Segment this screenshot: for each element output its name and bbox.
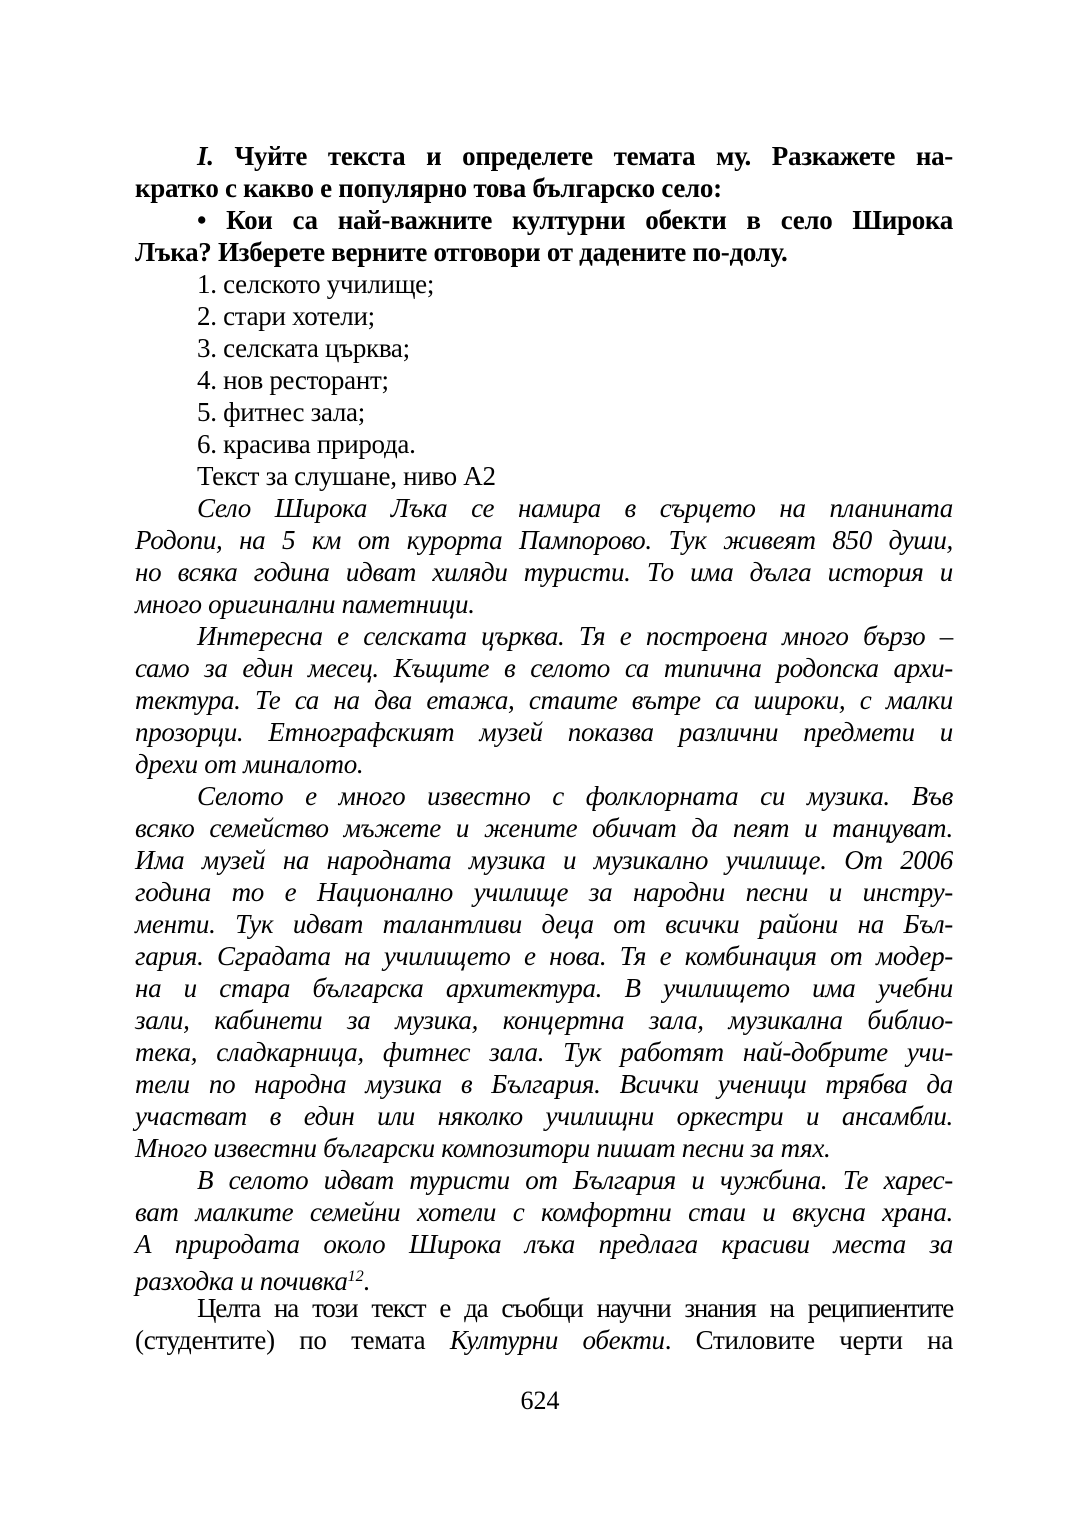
text-line: 1. селското училище; [135,268,953,300]
text-segment: участват в един или няколко училищни орк… [135,1101,953,1131]
paragraph-bullet-question: • Кои са най-важните културни обекти в с… [135,204,953,268]
text-line: 6. красива природа. [135,428,953,460]
text-segment: 3. селската църква; [197,333,410,363]
text-segment: прозорци. Етнографският музей показва ра… [135,717,953,747]
text-segment: 2. стари хотели; [197,301,375,331]
text-line: I. Чуйте текста и определете темата му. … [135,140,953,172]
text-segment: гария. Сградата на училището е нова. Тя … [135,941,953,971]
text-segment: тели по народна музика в България. Всичк… [135,1069,953,1099]
text-line: 5. фитнес зала; [135,396,953,428]
paragraph-answer-options: 1. селското училище;2. стари хотели;3. с… [135,268,953,492]
text-segment: Селото е много известно с фолклорната си… [197,781,953,811]
book-page: I. Чуйте текста и определете темата му. … [0,0,1080,1530]
text-line: всяко семейство мъжете и жените обичат д… [135,812,953,844]
paragraph-task-heading: I. Чуйте текста и определете темата му. … [135,140,953,204]
text-segment: 4. нов ресторант; [197,365,389,395]
text-line: година то е Национално училище за народн… [135,876,953,908]
text-segment: Има музей на народната музика и музикалн… [135,845,953,875]
text-segment: тека, сладкарница, фитнес зала. Тук рабо… [135,1037,953,1067]
text-segment: кратко с какво е популярно това българск… [135,173,722,203]
text-segment: дрехи от миналото. [135,749,363,779]
text-line: тека, сладкарница, фитнес зала. Тук рабо… [135,1036,953,1068]
text-segment: всяко семейство мъжете и жените обичат д… [135,813,953,843]
text-line: разходка и почивка12. [135,1260,953,1292]
text-segment: Чуйте текста и определете темата му. Раз… [214,141,953,171]
text-segment: Родопи, на 5 км от курорта Пампорово. Ту… [135,525,953,555]
text-segment: тектура. Те са на два етажа, стаите вътр… [135,685,953,715]
text-line: Родопи, на 5 км от курорта Пампорово. Ту… [135,524,953,556]
text-segment: зали, кабинети за музика, концертна зала… [135,1005,953,1035]
text-line: участват в един или няколко училищни орк… [135,1100,953,1132]
page-number: 624 [0,1386,1080,1416]
paragraph-listening-text: В селото идват туристи от България и чуж… [135,1164,953,1292]
text-line: • Кои са най-важните културни обекти в с… [135,204,953,236]
text-segment: Много известни български композитори пиш… [135,1133,830,1163]
text-segment: (студентите) по темата [135,1325,450,1355]
text-line: кратко с какво е популярно това българск… [135,172,953,204]
text-segment: Целта на този текст е да съобщи научни з… [197,1293,953,1323]
text-segment: Село Широка Лъка се намира в сърцето на … [197,493,953,523]
text-segment: менти. Тук идват талантливи деца от всич… [135,909,953,939]
text-line: 3. селската църква; [135,332,953,364]
text-line: зали, кабинети за музика, концертна зала… [135,1004,953,1036]
text-segment: . Стиловите черти на [665,1325,953,1355]
text-line: Много известни български композитори пиш… [135,1132,953,1164]
text-line: Целта на този текст е да съобщи научни з… [135,1292,953,1324]
text-segment: на и стара българска архитектура. В учил… [135,973,953,1003]
text-line: А природата около Широка лъка предлага к… [135,1228,953,1260]
text-line: тектура. Те са на два етажа, стаите вътр… [135,684,953,716]
text-block: I. Чуйте текста и определете темата му. … [135,140,953,1356]
text-segment: 5. фитнес зала; [197,397,365,427]
text-line: тели по народна музика в България. Всичк… [135,1068,953,1100]
text-segment: Лъка? Изберете верните отговори от даден… [135,237,787,267]
text-segment: много оригинални паметници. [135,589,475,619]
text-line: (студентите) по темата Културни обекти. … [135,1324,953,1356]
paragraph-listening-text: Селото е много известно с фолклорната си… [135,780,953,1164]
text-segment: 1. селското училище; [197,269,434,299]
text-line: Село Широка Лъка се намира в сърцето на … [135,492,953,524]
text-segment: 6. красива природа. [197,429,416,459]
text-line: Има музей на народната музика и музикалн… [135,844,953,876]
text-line: гария. Сградата на училището е нова. Тя … [135,940,953,972]
text-segment: • Кои са най-важните културни обекти в с… [197,205,953,235]
text-segment: само за един месец. Къщите в селото са т… [135,653,953,683]
text-segment: но всяка година идват хиляди туристи. То… [135,557,953,587]
text-line: само за един месец. Къщите в селото са т… [135,652,953,684]
text-segment: I. [197,141,214,171]
text-line: Селото е много известно с фолклорната си… [135,780,953,812]
text-line: 2. стари хотели; [135,300,953,332]
text-line: Лъка? Изберете верните отговори от даден… [135,236,953,268]
paragraph-listening-text: Интересна е селската църква. Тя е постро… [135,620,953,780]
text-segment: Текст за слушане, ниво А2 [197,461,496,491]
text-segment: А природата около Широка лъка предлага к… [135,1229,953,1259]
text-line: менти. Тук идват талантливи деца от всич… [135,908,953,940]
text-line: ват малките семейни хотели с комфортни с… [135,1196,953,1228]
paragraph-commentary: Целта на този текст е да съобщи научни з… [135,1292,953,1356]
text-line: на и стара българска архитектура. В учил… [135,972,953,1004]
text-line: но всяка година идват хиляди туристи. То… [135,556,953,588]
text-line: 4. нов ресторант; [135,364,953,396]
text-segment: година то е Национално училище за народн… [135,877,953,907]
text-line: прозорци. Етнографският музей показва ра… [135,716,953,748]
text-line: Текст за слушане, ниво А2 [135,460,953,492]
text-line: В селото идват туристи от България и чуж… [135,1164,953,1196]
text-line: Интересна е селската църква. Тя е постро… [135,620,953,652]
text-segment: В селото идват туристи от България и чуж… [197,1165,953,1195]
text-segment: ват малките семейни хотели с комфортни с… [135,1197,953,1227]
text-line: дрехи от миналото. [135,748,953,780]
text-line: много оригинални паметници. [135,588,953,620]
paragraph-listening-text: Село Широка Лъка се намира в сърцето на … [135,492,953,620]
footnote-superscript: 12 [348,1267,364,1285]
text-segment: Интересна е селската църква. Тя е постро… [197,621,953,651]
text-segment: Културни обекти [450,1325,665,1355]
